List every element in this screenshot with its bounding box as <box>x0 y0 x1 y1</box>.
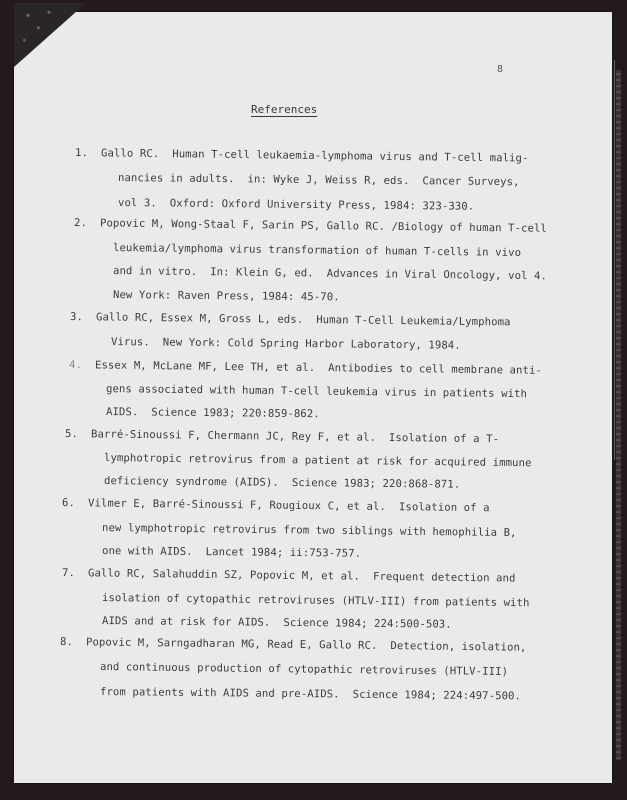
page-edge-shadow <box>616 70 621 760</box>
page-number: 8 <box>497 64 503 75</box>
reference-2-line-4: New York: Raven Press, 1984: 45-70. <box>113 289 340 303</box>
reference-4-line-3: AIDS. Science 1983; 220:859-862. <box>106 406 320 420</box>
page-edge-line <box>614 60 615 460</box>
page-title: References <box>251 103 317 116</box>
